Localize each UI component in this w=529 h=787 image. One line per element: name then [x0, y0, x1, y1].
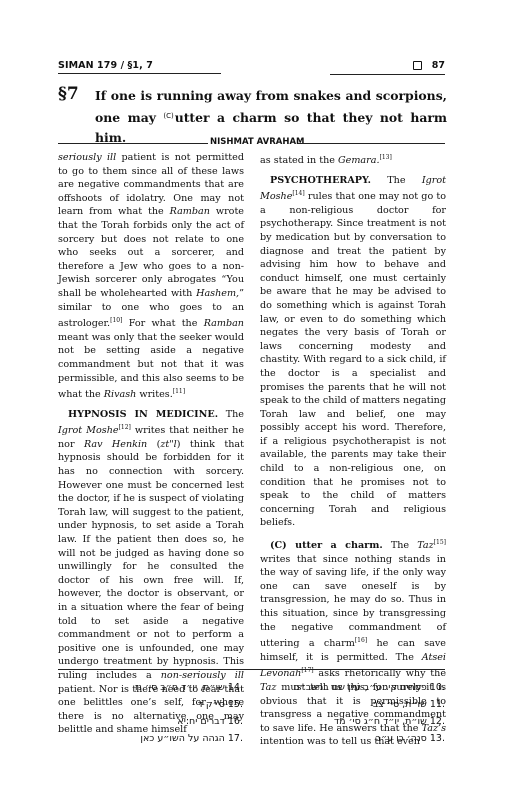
commentary-title: NISHMAT AVRAHAM: [210, 137, 305, 147]
footnote-number: 15.: [228, 699, 243, 710]
footnote-text: ס״ק ד: [198, 699, 225, 710]
footnote: 15. ס״ק ד: [100, 696, 243, 713]
commentary-divider: NISHMAT AVRAHAM: [58, 137, 445, 149]
running-head-left-rule: [58, 73, 221, 74]
text-run: The: [383, 540, 418, 551]
italic-term: Hashem,: [196, 288, 239, 299]
footnote-number: 10.: [430, 682, 445, 693]
italic-term: Ramban: [204, 318, 244, 329]
italic-term: Igrot Moshe: [58, 425, 119, 436]
commentary-marker: (C): [163, 112, 173, 120]
footnotes-left: 14. שו״ת, יו״ד ח״ב סי׳ נז 15. ס״ק ד 16. …: [100, 679, 243, 747]
footnote-number: 16.: [228, 716, 243, 727]
run-heading: (C) utter a charm.: [270, 540, 383, 551]
text-run: (: [147, 439, 160, 450]
italic-term: Taz: [417, 540, 433, 551]
italic-term: Ramban: [170, 206, 210, 217]
paragraph: seriously ill patient is not permitted t…: [58, 151, 244, 402]
italic-term: Rav Henkin: [84, 439, 147, 450]
running-head-title: SIMAN 179 / §1, 7: [58, 60, 153, 71]
footnote-text: פסחים קיג ע״ב עיין שם ברשב״ם: [293, 682, 427, 693]
footnote-text: שו״ת, יו״ד ח״ג סי׳ מד: [334, 716, 427, 727]
italic-term: Rivash: [104, 389, 137, 400]
footnote-text: שו״ת, יו״ד ח״ב סי׳ נז: [135, 682, 225, 693]
footnote: 14. שו״ת, יו״ד ח״ב סי׳ נז: [100, 679, 243, 696]
text-run: For what the: [122, 318, 203, 329]
text-run: writes.: [136, 389, 172, 400]
footnote-text: שו״ת, סי׳ צב: [373, 699, 427, 710]
footnote: 16. דברים יח:יא: [100, 713, 243, 730]
italic-term: seriously ill: [58, 152, 116, 163]
footnote-number: 12.: [430, 716, 445, 727]
page-number-group: 87: [413, 60, 445, 71]
footnote-text: סנה׳ כו ע״ב: [376, 733, 427, 744]
footnote: 10. פסחים קיג ע״ב עיין שם ברשב״ם: [290, 679, 445, 696]
text-run: The: [218, 409, 244, 420]
footnote-number: 17.: [228, 733, 243, 744]
text-run: as stated in the: [260, 155, 338, 166]
footnote: 12. שו״ת, יו״ד ח״ג סי׳ מד: [290, 713, 445, 730]
italic-term: zt"l: [160, 439, 176, 450]
footnote-ref: [10]: [110, 317, 122, 324]
footnote-text: דברים יח:יא: [177, 716, 225, 727]
footnote-ref: [12]: [119, 424, 131, 431]
divider-line-left: [58, 143, 208, 144]
running-head-right-rule: [330, 74, 445, 75]
footnote-number: 14.: [228, 682, 243, 693]
text-run: wrote that the Torah forbids only the ac…: [58, 206, 244, 299]
footnote-number: 13.: [430, 733, 445, 744]
text-run: The: [371, 175, 422, 186]
footnote-ref: [11]: [173, 388, 185, 395]
square-box-icon: [413, 61, 422, 70]
italic-term: Taz: [260, 682, 276, 693]
section-number: §7: [58, 84, 79, 104]
footnote-ref: [14]: [292, 190, 304, 197]
footnote: 17. הגהה על השו״ע כאן: [100, 730, 243, 747]
footnote-ref: [16]: [355, 637, 367, 644]
text-run: writes that since nothing stands in the …: [260, 554, 446, 650]
book-page: SIMAN 179 / §1, 7 87 §7 If one is runnin…: [0, 0, 529, 787]
running-head: SIMAN 179 / §1, 7 87: [58, 60, 445, 76]
run-heading: PSYCHOTHERAPY.: [270, 175, 371, 186]
footnote: 13. סנה׳ כו ע״ב: [290, 730, 445, 747]
footnote-ref: [13]: [380, 154, 392, 161]
run-heading: HYPNOSIS IN MEDICINE.: [68, 409, 218, 420]
footnote-rule: [58, 669, 445, 670]
footnotes-right: 10. פסחים קיג ע״ב עיין שם ברשב״ם 11. שו״…: [290, 679, 445, 747]
footnote-text: הגהה על השו״ע כאן: [140, 733, 225, 744]
footnote: 11. שו״ת, סי׳ צב: [290, 696, 445, 713]
text-run: rules that one may not go to a non-relig…: [260, 191, 446, 528]
footnote-ref: [15]: [434, 539, 446, 546]
right-column: as stated in the Gemara.[13] PSYCHOTHERA…: [260, 151, 446, 749]
left-column: seriously ill patient is not permitted t…: [58, 151, 244, 737]
text-run: asks rhetorically why the: [314, 668, 446, 679]
text-run: ) think that hypnosis should be forbidde…: [58, 439, 244, 681]
italic-term: Gemara.: [338, 155, 380, 166]
page-number: 87: [432, 60, 445, 71]
paragraph: as stated in the Gemara.[13]: [260, 151, 446, 168]
divider-line-right: [298, 143, 445, 144]
footnote-number: 11.: [430, 699, 445, 710]
paragraph-psychotherapy: PSYCHOTHERAPY. The Igrot Moshe[14] rules…: [260, 174, 446, 530]
